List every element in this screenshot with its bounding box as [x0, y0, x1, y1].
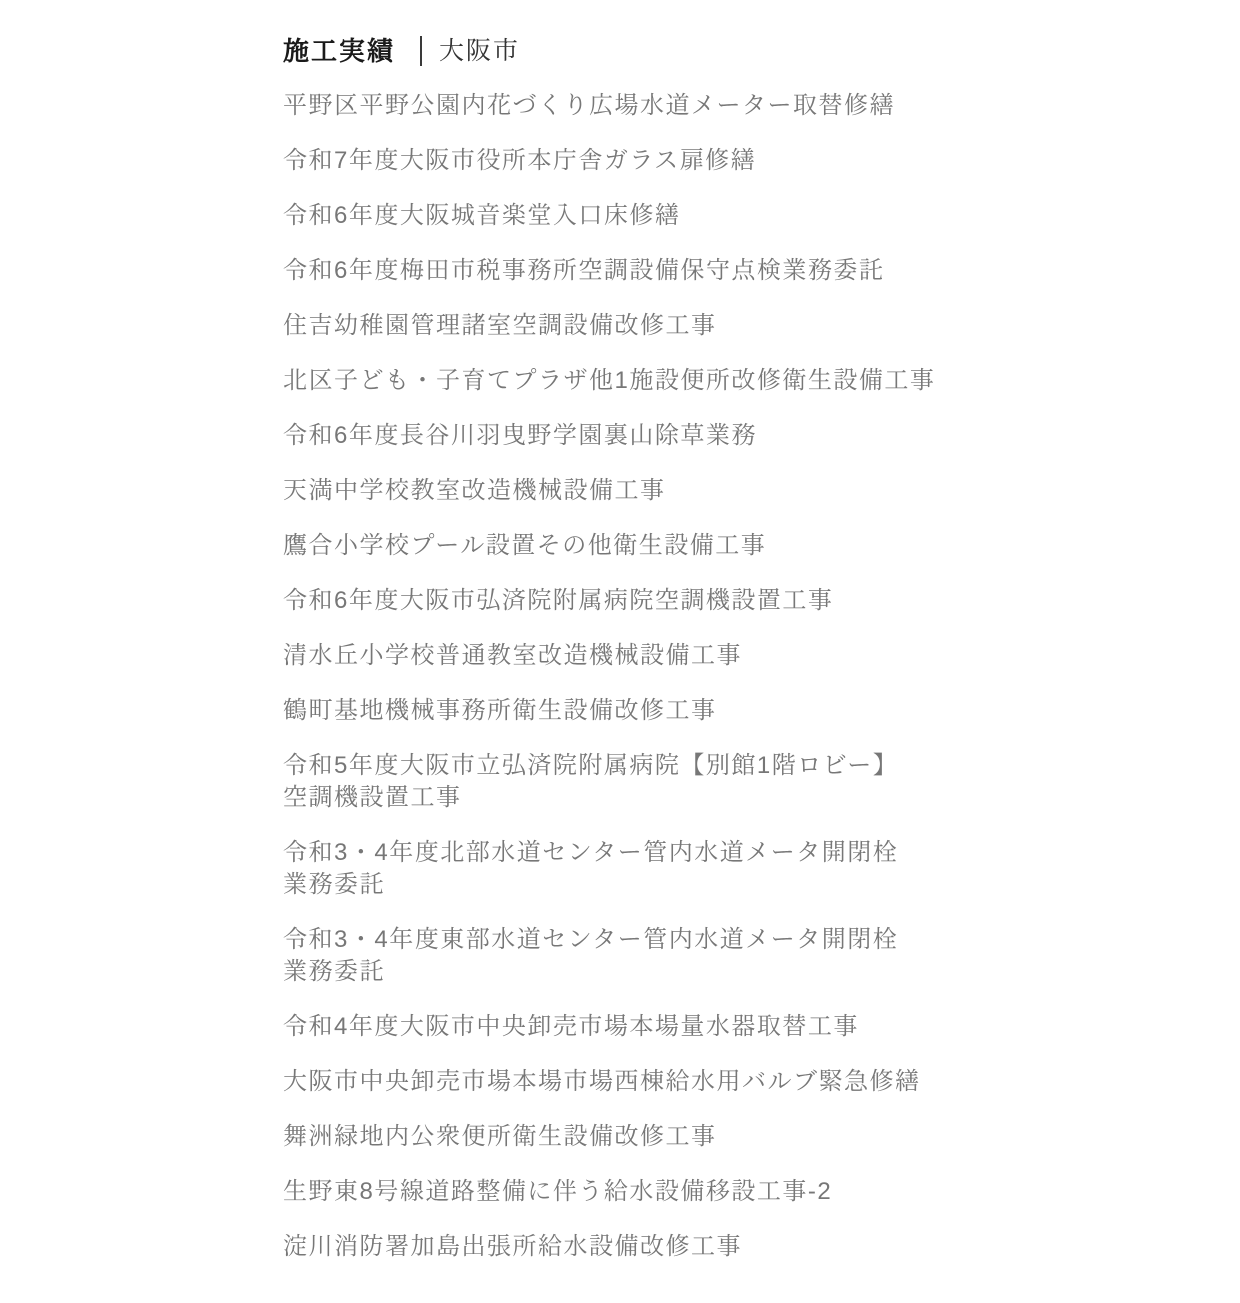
project-item: 鶴町基地機械事務所衛生設備改修工事 — [283, 695, 983, 727]
project-item: 令和6年度梅田市税事務所空調設備保守点検業務委託 — [283, 255, 983, 287]
project-item: 令和6年度長谷川羽曳野学園裏山除草業務 — [283, 420, 983, 452]
project-item: 舞洲緑地内公衆便所衛生設備改修工事 — [283, 1121, 983, 1153]
project-item: 令和7年度大阪市役所本庁舎ガラス扉修繕 — [283, 145, 983, 177]
project-item: 清水丘小学校普通教室改造機械設備工事 — [283, 640, 983, 672]
project-item: 生野東8号線道路整備に伴う給水設備移設工事-2 — [283, 1176, 983, 1208]
project-item: 平野区平野公園内花づくり広場水道メーター取替修繕 — [283, 90, 983, 122]
project-item: 令和6年度大阪城音楽堂入口床修繕 — [283, 200, 983, 232]
project-item: 鷹合小学校プール設置その他衛生設備工事 — [283, 530, 983, 562]
project-item: 大阪市中央卸売市場本場市場西棟給水用バルブ緊急修繕 — [283, 1066, 983, 1098]
project-item: 令和3・4年度東部水道センター管内水道メータ開閉栓 業務委託 — [283, 924, 983, 988]
project-item: 令和4年度大阪市中央卸売市場本場量水器取替工事 — [283, 1011, 983, 1043]
project-item: 令和3・4年度北部水道センター管内水道メータ開閉栓 業務委託 — [283, 837, 983, 901]
section-header: 施工実績 大阪市 — [283, 33, 1000, 69]
project-item: 住吉幼稚園管理諸室空調設備改修工事 — [283, 310, 983, 342]
main-content: 施工実績 大阪市 平野区平野公園内花づくり広場水道メーター取替修繕 令和7年度大… — [0, 0, 1000, 1303]
project-item: 北区子ども・子育てプラザ他1施設便所改修衛生設備工事 — [283, 365, 983, 397]
project-item: 天満中学校教室改造機械設備工事 — [283, 475, 983, 507]
project-item: 令和5年度大阪市立弘済院附属病院【別館1階ロビー】 空調機設置工事 — [283, 750, 983, 814]
project-list: 平野区平野公園内花づくり広場水道メーター取替修繕 令和7年度大阪市役所本庁舎ガラ… — [283, 90, 983, 1263]
title-separator — [420, 36, 422, 66]
category-label: 大阪市 — [439, 33, 520, 69]
page-title: 施工実績 — [283, 33, 395, 69]
page: 施工実績 大阪市 平野区平野公園内花づくり広場水道メーター取替修繕 令和7年度大… — [0, 0, 1240, 1303]
project-item: 令和6年度大阪市弘済院附属病院空調機設置工事 — [283, 585, 983, 617]
project-item: 淀川消防署加島出張所給水設備改修工事 — [283, 1231, 983, 1263]
